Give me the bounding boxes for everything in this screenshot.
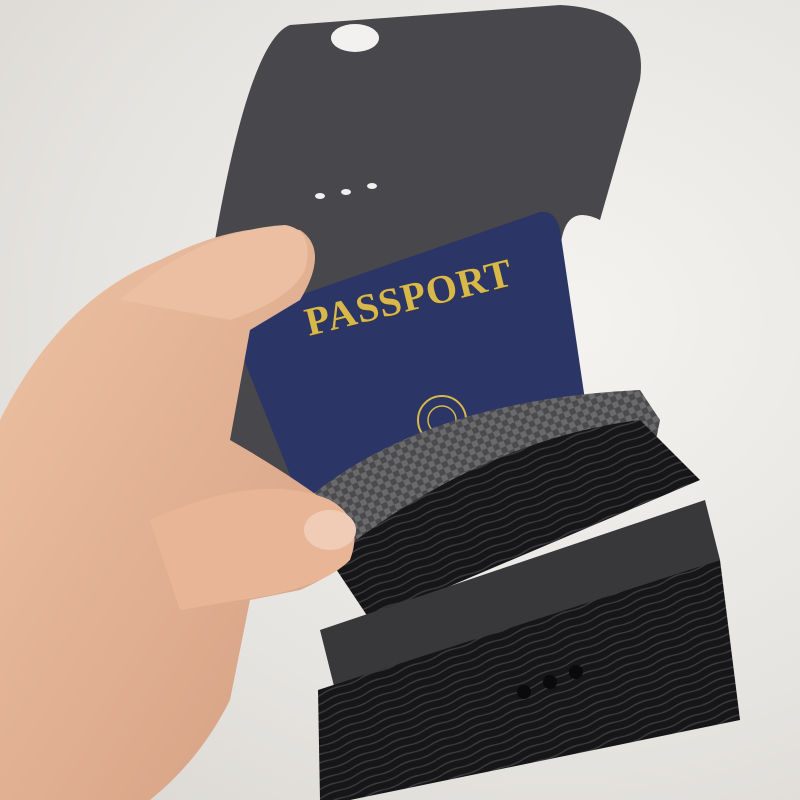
- wallet-scene: [0, 0, 800, 800]
- thumbnail: [304, 510, 356, 550]
- snap-hole: [331, 24, 379, 52]
